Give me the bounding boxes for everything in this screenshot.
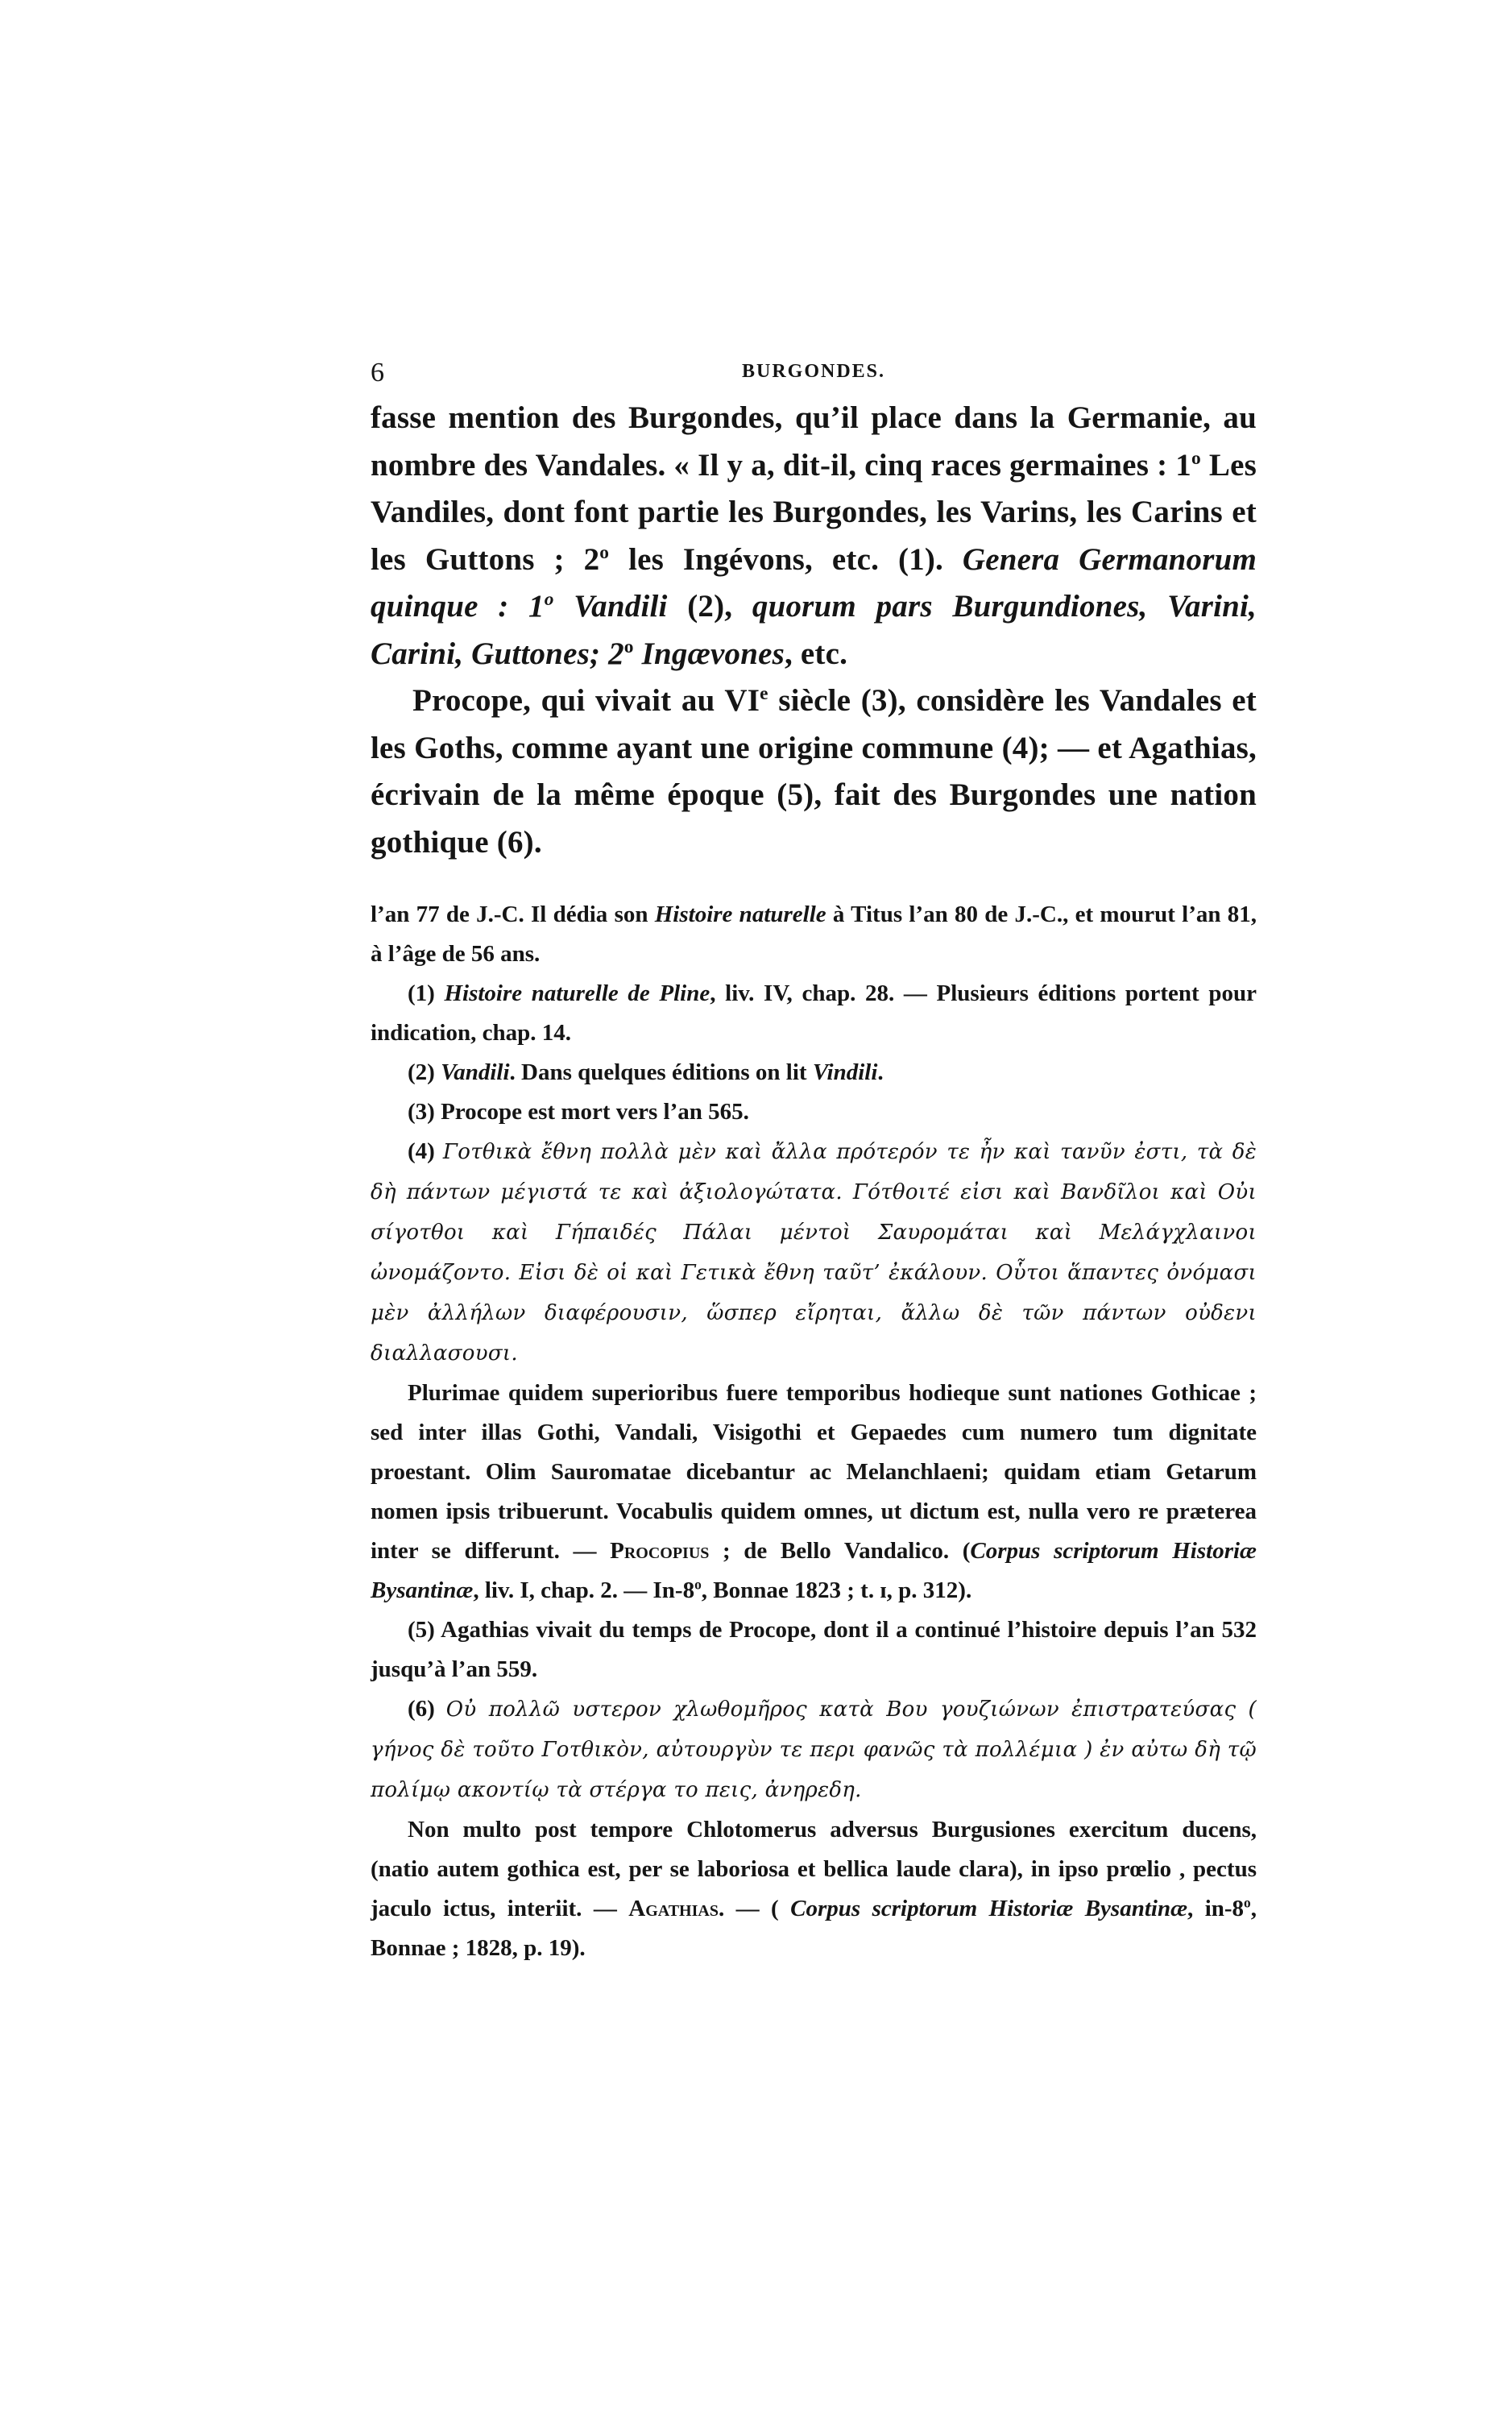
footnote-4-latin: Plurimae quidem superioribus fuere tempo… (371, 1374, 1257, 1610)
footnote-6-latin: Non multo post tempore Chlotomerus adver… (371, 1810, 1257, 1968)
footnote-1: (1) Histoire naturelle de Pline, liv. IV… (371, 974, 1257, 1053)
footnotes: l’an 77 de J.-C. Il dédia son Histoire n… (371, 895, 1257, 1968)
footnote-6-greek: (6) Οὐ πολλῶ υστερον χλωθομῆρος κατὰ Βου… (371, 1689, 1257, 1810)
footnote-2: (2) Vandili. Dans quelques éditions on l… (371, 1053, 1257, 1092)
book-page: 6 BURGONDES. fasse mention des Burgondes… (371, 354, 1257, 1968)
running-title: BURGONDES. (371, 361, 1257, 383)
footnote-4-greek: (4) Γοτθικὰ ἔθνη πολλὰ μὲν καὶ ἄλλα πρότ… (371, 1132, 1257, 1374)
paragraph-pline: fasse mention des Burgondes, qu’il place… (371, 395, 1257, 678)
main-text: fasse mention des Burgondes, qu’il place… (371, 395, 1257, 866)
greek-quote: Γοτθικὰ ἔθνη πολλὰ μὲν καὶ ἄλλα πρότερόν… (371, 1140, 1257, 1366)
paragraph-procope: Procope, qui vivait au VIe siècle (3), c… (371, 678, 1257, 866)
footnote-3: (3) Procope est mort vers l’an 565. (371, 1092, 1257, 1132)
greek-quote: Οὐ πολλῶ υστερον χλωθομῆρος κατὰ Βου γου… (371, 1697, 1257, 1802)
footnote-5: (5) Agathias vivait du temps de Procope,… (371, 1610, 1257, 1689)
running-head: 6 BURGONDES. (371, 354, 1257, 395)
footnote-continuation: l’an 77 de J.-C. Il dédia son Histoire n… (371, 895, 1257, 974)
